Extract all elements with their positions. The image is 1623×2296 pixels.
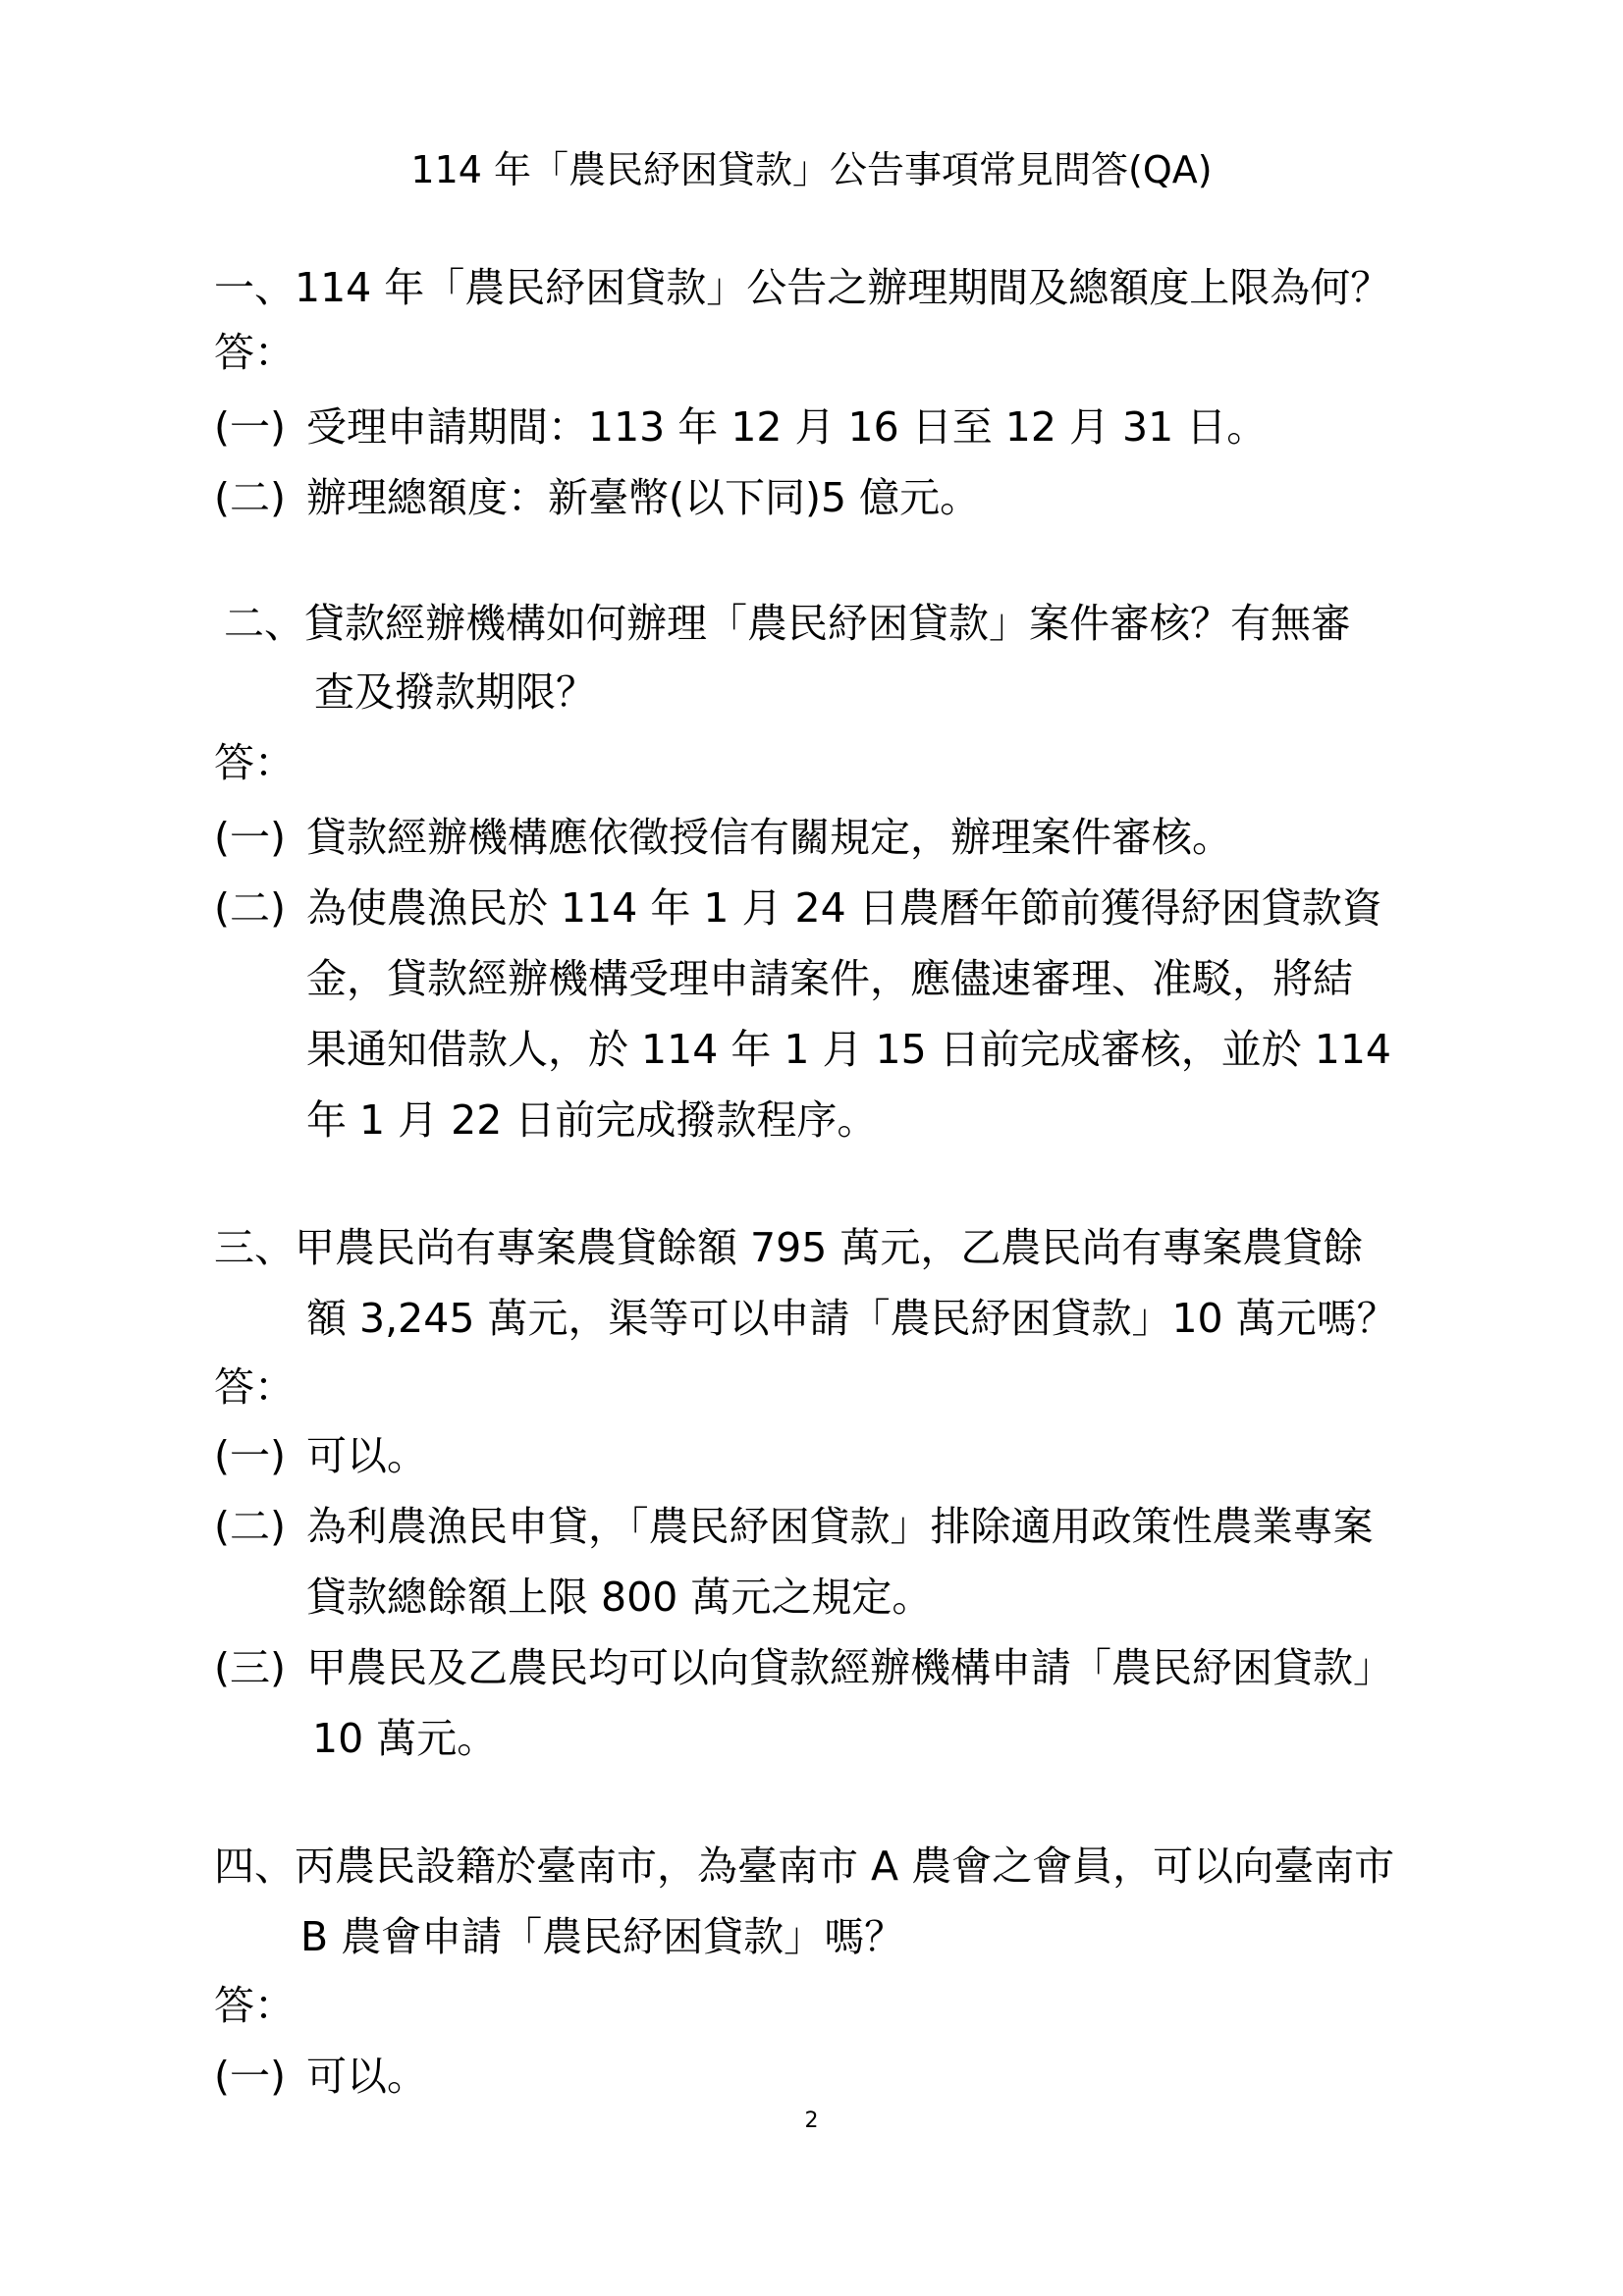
answer-1-1: (一)受理申請期間：113 年 12 月 16 日至 12 月 31 日。	[214, 402, 1267, 452]
answer-prefix: (二)	[214, 473, 306, 522]
answer-prefix: (一)	[214, 1431, 306, 1480]
question-3: 三、甲農民尚有專案農貸餘額 795 萬元，乙農民尚有專案農貸餘	[214, 1223, 1363, 1272]
answer-text: 貸款經辦機構應依徵授信有關規定，辦理案件審核。	[306, 814, 1232, 861]
question-3-line-1: 甲農民尚有專案農貸餘額 795 萬元，乙農民尚有專案農貸餘	[295, 1224, 1363, 1271]
answer-3-3: (三)甲農民及乙農民均可以向貸款經辦機構申請「農民紓困貸款」	[214, 1643, 1393, 1692]
answer-text: 可以。	[306, 1432, 427, 1479]
answer-label: 答：	[214, 328, 295, 377]
answer-2-2-line-2: 金，貸款經辦機構受理申請案件，應儘速審理、准駁，將結	[306, 954, 1353, 1003]
question-4: 四、丙農民設籍於臺南市，為臺南市 A 農會之會員，可以向臺南市	[214, 1842, 1394, 1891]
question-4-line-1: 丙農民設籍於臺南市，為臺南市 A 農會之會員，可以向臺南市	[295, 1842, 1394, 1890]
answer-prefix: (一)	[214, 813, 306, 862]
question-2-line-2: 查及撥款期限？	[314, 667, 596, 717]
answer-2-1: (一)貸款經辦機構應依徵授信有關規定，辦理案件審核。	[214, 813, 1232, 862]
question-2-line-1: 貸款經辦機構如何辦理「農民紓困貸款」案件審核？有無審	[304, 600, 1351, 647]
question-2: 二、貸款經辦機構如何辦理「農民紓困貸款」案件審核？有無審	[224, 599, 1351, 648]
answer-3-1: (一)可以。	[214, 1431, 427, 1480]
answer-text: 甲農民及乙農民均可以向貸款經辦機構申請「農民紓困貸款」	[306, 1644, 1393, 1691]
question-4-line-2: B 農會申請「農民紓困貸款」嗎？	[300, 1912, 904, 1961]
answer-prefix: (三)	[214, 1643, 306, 1692]
answer-prefix: (二)	[214, 883, 306, 933]
answer-2-2: (二)為使農漁民於 114 年 1 月 24 日農曆年節前獲得紓困貸款資	[214, 883, 1382, 933]
question-1-prefix: 一、	[214, 264, 295, 311]
answer-label: 答：	[214, 738, 295, 787]
answer-3-2-line-2: 貸款總餘額上限 800 萬元之規定。	[306, 1573, 932, 1622]
answer-label: 答：	[214, 1362, 295, 1412]
page-number: 2	[0, 2109, 1623, 2134]
question-1-line-1: 114 年「農民紓困貸款」公告之辦理期間及總額度上限為何？	[295, 264, 1390, 311]
question-1: 一、114 年「農民紓困貸款」公告之辦理期間及總額度上限為何？	[214, 263, 1390, 312]
answer-2-2-line-4: 年 1 月 22 日前完成撥款程序。	[306, 1095, 877, 1145]
answer-text: 辦理總額度：新臺幣(以下同)5 億元。	[306, 474, 980, 521]
answer-prefix: (一)	[214, 2052, 306, 2101]
answer-3-3-line-2: 10 萬元。	[312, 1714, 497, 1763]
answer-label: 答：	[214, 1981, 295, 2030]
question-3-prefix: 三、	[214, 1224, 295, 1271]
question-4-prefix: 四、	[214, 1842, 295, 1890]
answer-3-2: (二)為利農漁民申貸，「農民紓困貸款」排除適用政策性農業專案	[214, 1502, 1374, 1551]
answer-prefix: (二)	[214, 1502, 306, 1551]
answer-prefix: (一)	[214, 402, 306, 452]
answer-text: 為利農漁民申貸，「農民紓困貸款」排除適用政策性農業專案	[306, 1503, 1374, 1550]
question-2-prefix: 二、	[224, 600, 304, 647]
answer-1-2: (二)辦理總額度：新臺幣(以下同)5 億元。	[214, 473, 980, 522]
question-3-line-2: 額 3,245 萬元，渠等可以申請「農民紓困貸款」10 萬元嗎？	[306, 1294, 1397, 1343]
document-title: 114 年「農民紓困貸款」公告事項常見問答(QA)	[0, 145, 1623, 194]
answer-text: 為使農漁民於 114 年 1 月 24 日農曆年節前獲得紓困貸款資	[306, 884, 1382, 932]
answer-text: 受理申請期間：113 年 12 月 16 日至 12 月 31 日。	[306, 403, 1267, 451]
answer-2-2-line-3: 果通知借款人，於 114 年 1 月 15 日前完成審核，並於 114	[306, 1025, 1391, 1074]
answer-text: 可以。	[306, 2053, 427, 2100]
answer-4-1: (一)可以。	[214, 2052, 427, 2101]
